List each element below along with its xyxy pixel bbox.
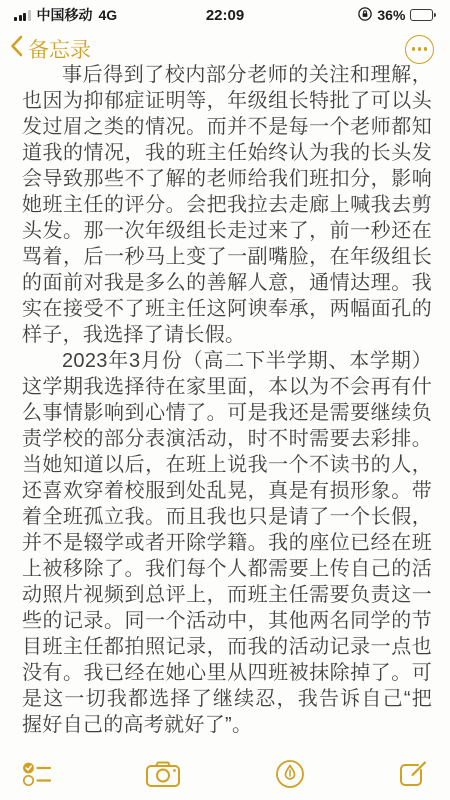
checklist-button[interactable]	[20, 759, 54, 789]
battery-icon	[410, 9, 436, 21]
checklist-icon	[22, 761, 52, 787]
chevron-left-icon	[10, 35, 23, 63]
bottom-toolbar	[0, 754, 450, 800]
back-button[interactable]: 备忘录	[10, 34, 91, 64]
carrier-label: 中国移动	[37, 5, 93, 25]
camera-icon	[145, 760, 181, 788]
back-button-label: 备忘录	[28, 34, 91, 64]
camera-button[interactable]	[143, 758, 183, 790]
note-paragraph: 2023年3月份（高二下半学期、本学期）这学期我选择待在家里面，本以为不会再有什…	[22, 348, 432, 738]
compose-button[interactable]	[396, 757, 430, 791]
markup-button[interactable]	[273, 757, 307, 791]
ellipsis-icon	[412, 47, 415, 50]
network-type-label: 4G	[99, 7, 118, 23]
markup-pen-icon	[275, 759, 305, 789]
battery-percent-label: 36%	[377, 7, 405, 23]
clock-label: 22:09	[206, 7, 244, 24]
status-bar: 中国移动 4G 22:09 36%	[0, 0, 450, 26]
compose-icon	[398, 759, 428, 789]
orientation-lock-icon	[358, 7, 372, 24]
cellular-signal-icon	[14, 10, 31, 21]
notes-app-screen: 中国移动 4G 22:09 36%	[0, 0, 450, 800]
more-options-button[interactable]	[405, 35, 434, 64]
note-content[interactable]: 事后得到了校内部分老师的关注和理解，也因为抑郁症证明等，年级组长特批了可以头发过…	[22, 62, 432, 738]
note-paragraph: 事后得到了校内部分老师的关注和理解，也因为抑郁症证明等，年级组长特批了可以头发过…	[22, 62, 432, 348]
